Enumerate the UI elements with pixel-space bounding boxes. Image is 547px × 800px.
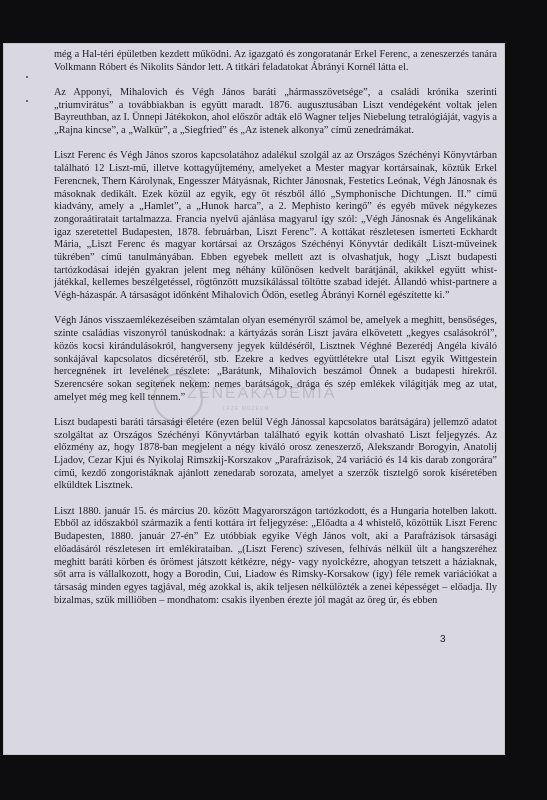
paragraph: Liszt budapesti baráti társasági életére… xyxy=(54,417,497,493)
paragraph: Liszt 1880. január 15. és március 20. kö… xyxy=(54,506,497,608)
page-number: 3 xyxy=(440,634,446,645)
paragraph: Végh János visszaemlékezéseiben számtala… xyxy=(54,315,497,404)
margin-dot xyxy=(26,76,28,78)
paragraph: még a Hal-téri épületben kezdett működni… xyxy=(54,49,497,74)
document-body: még a Hal-téri épületben kezdett működni… xyxy=(54,49,497,620)
margin-dot xyxy=(26,100,28,102)
paragraph: Liszt Ferenc és Végh János szoros kapcso… xyxy=(54,150,497,302)
paragraph: Az Apponyi, Mihalovich és Végh János bar… xyxy=(54,87,497,138)
